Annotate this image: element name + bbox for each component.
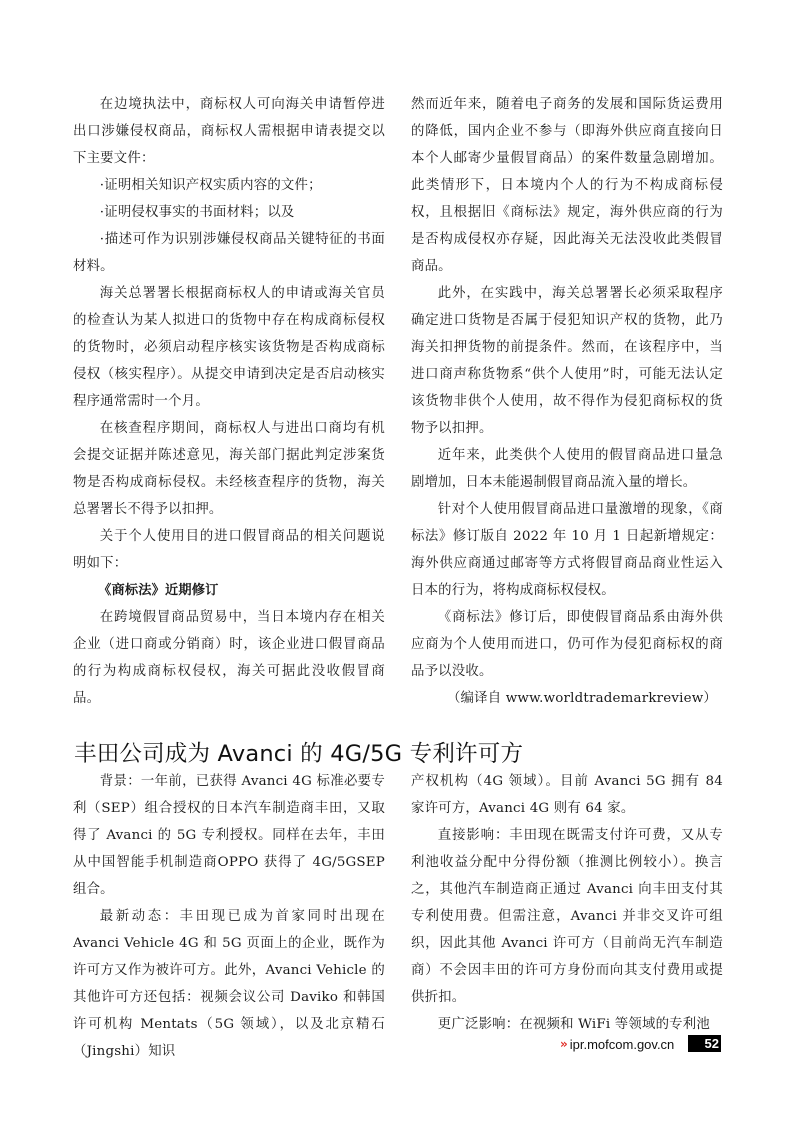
paragraph: 《商标法》修订后，即使假冒商品系由海外供应商为个人使用而进口，仍可作为侵犯商标权…: [411, 604, 723, 685]
source-credit: （编译自 www.worldtrademarkreview）: [411, 685, 723, 712]
list-item: ·证明相关知识产权实质内容的文件；: [73, 172, 385, 199]
paragraph: 针对个人使用假冒商品进口量激增的现象，《商标法》修订版自 2022 年 10 月…: [411, 496, 723, 604]
article-title: 丰田公司成为 Avanci 的 4G/5G 专利许可方: [74, 736, 523, 768]
list-item: ·描述可作为识别涉嫌侵权商品关键特征的书面材料。: [73, 226, 385, 280]
paragraph: 在核查程序期间，商标权人与进出口商均有机会提交证据并陈述意见，海关部门据此判定涉…: [73, 415, 385, 523]
paragraph: 关于个人使用目的进口假冒商品的相关问题说明如下：: [73, 523, 385, 577]
footer-site-url: ipr.mofcom.gov.cn: [570, 1037, 675, 1052]
page-number: 52: [688, 1035, 721, 1052]
paragraph: 直接影响：丰田现在既需支付许可费，又从专利池收益分配中分得份额（推测比例较小）。…: [411, 822, 723, 1011]
paragraph: 近年来，此类供个人使用的假冒商品进口量急剧增加，日本未能遏制假冒商品流入量的增长…: [411, 442, 723, 496]
paragraph: 此外，在实践中，海关总署署长必须采取程序确定进口货物是否属于侵犯知识产权的货物，…: [411, 280, 723, 442]
paragraph: 在边境执法中，商标权人可向海关申请暂停进出口涉嫌侵权商品，商标权人需根据申请表提…: [73, 91, 385, 172]
page-footer: » ipr.mofcom.gov.cn 52: [560, 1034, 674, 1054]
paragraph: 最新动态：丰田现已成为首家同时出现在 Avanci Vehicle 4G 和 5…: [73, 903, 385, 1065]
paragraph: 在跨境假冒商品贸易中，当日本境内存在相关企业（进口商或分销商）时，该企业进口假冒…: [73, 604, 385, 712]
paragraph: 海关总署署长根据商标权人的申请或海关官员的检查认为某人拟进口的货物中存在构成商标…: [73, 280, 385, 415]
paragraph: 产权机构（4G 领域）。目前 Avanci 5G 拥有 84 家许可方，Avan…: [411, 768, 723, 822]
paragraph: 背景：一年前，已获得 Avanci 4G 标准必要专利（SEP）组合授权的日本汽…: [73, 768, 385, 903]
paragraph: 然而近年来，随着电子商务的发展和国际货运费用的降低，国内企业不参与（即海外供应商…: [411, 91, 723, 280]
list-item: ·证明侵权事实的书面材料；以及: [73, 199, 385, 226]
article1-left-column: 在边境执法中，商标权人可向海关申请暂停进出口涉嫌侵权商品，商标权人需根据申请表提…: [73, 91, 385, 712]
article2-left-column: 背景：一年前，已获得 Avanci 4G 标准必要专利（SEP）组合授权的日本汽…: [73, 768, 385, 1065]
section-subheading: 《商标法》近期修订: [73, 577, 385, 604]
article1-right-column: 然而近年来，随着电子商务的发展和国际货运费用的降低，国内企业不参与（即海外供应商…: [411, 91, 723, 712]
double-chevron-right-icon: »: [560, 1037, 566, 1051]
article2-right-column: 产权机构（4G 领域）。目前 Avanci 5G 拥有 84 家许可方，Avan…: [411, 768, 723, 1038]
